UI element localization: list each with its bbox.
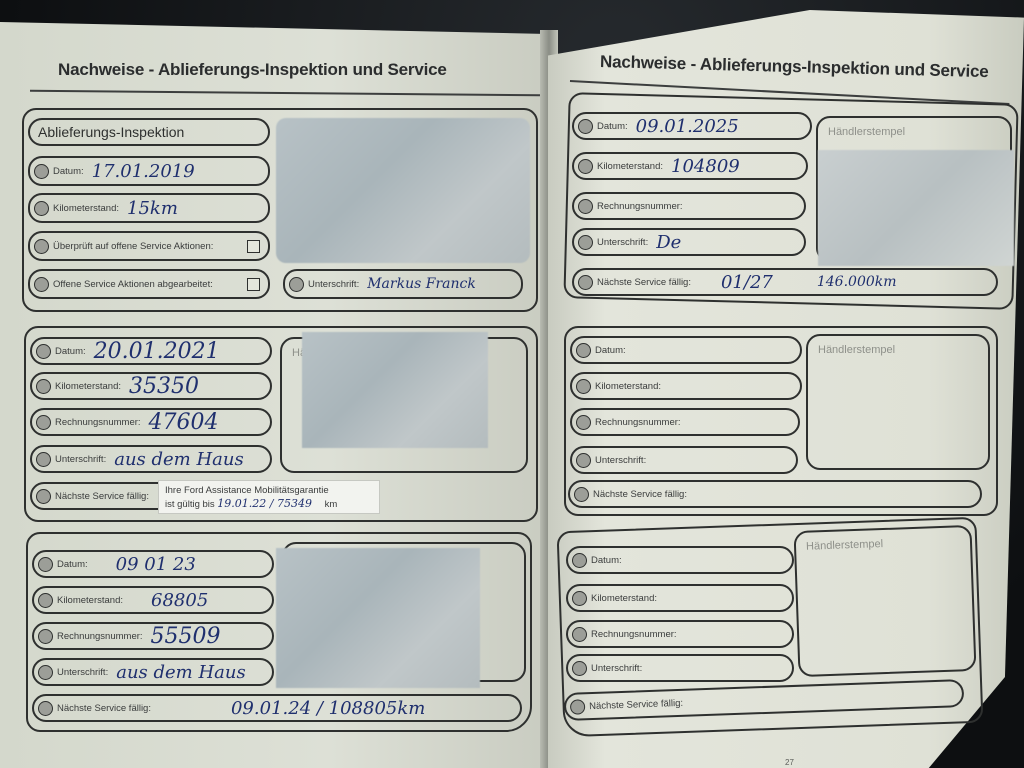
bullet-icon <box>36 415 51 430</box>
bullet-icon <box>578 159 593 174</box>
abgearbeitet-field: Offene Service Aktionen abgearbeitet: <box>28 269 270 299</box>
naechste-service-field[interactable]: Nächste Service fällig: 09.01.24 / 10880… <box>32 694 522 722</box>
dealer-stamp-box: Händlerstempel <box>806 334 990 470</box>
dealer-stamp-box: Händlerstempel <box>794 525 977 677</box>
naechste-service-field[interactable]: Nächste Service fällig: 01/27 146.000km <box>572 268 998 296</box>
ueberprueft-field: Überprüft auf offene Service Aktionen: <box>28 231 270 261</box>
abgearbeitet-label: Offene Service Aktionen abgearbeitet: <box>53 279 213 290</box>
kilometerstand-field[interactable]: Kilometerstand: 15km <box>28 193 270 223</box>
abgearbeitet-checkbox[interactable] <box>247 278 260 291</box>
bullet-icon <box>34 201 49 216</box>
kilometerstand-label: Kilometerstand: <box>57 595 123 606</box>
bullet-icon <box>572 591 587 606</box>
unterschrift-value: De <box>656 232 681 253</box>
datum-label: Datum: <box>53 166 84 177</box>
datum-field[interactable]: Datum: 20.01.2021 <box>30 337 272 365</box>
ueberprueft-checkbox[interactable] <box>247 240 260 253</box>
bullet-icon <box>36 452 51 467</box>
kilometerstand-label: Kilometerstand: <box>55 381 121 392</box>
section-heading-field: Ablieferungs-Inspektion <box>28 118 270 146</box>
unterschrift-label: Unterschrift: <box>591 663 642 674</box>
rechnungsnummer-label: Rechnungsnummer: <box>55 417 141 428</box>
kilometerstand-field[interactable]: Kilometerstand: 104809 <box>572 152 808 180</box>
haendlerstempel-label: Händlerstempel <box>806 538 883 553</box>
haendlerstempel-label: Händlerstempel <box>828 126 905 138</box>
unterschrift-field[interactable]: Unterschrift: Markus Franck <box>283 269 523 299</box>
bullet-icon <box>578 119 593 134</box>
kilometerstand-value: 68805 <box>151 590 208 611</box>
rechnungsnummer-label: Rechnungsnummer: <box>591 629 677 640</box>
rechnungsnummer-field[interactable]: Rechnungsnummer: 55509 <box>32 622 274 650</box>
bullet-icon <box>578 235 593 250</box>
kilometerstand-field[interactable]: Kilometerstand: 68805 <box>32 586 274 614</box>
rechnungsnummer-value: 47604 <box>149 410 219 435</box>
rechnungsnummer-field[interactable]: Rechnungsnummer: <box>572 192 806 220</box>
naechste-service-date: 01/27 <box>721 272 773 293</box>
datum-value: 09.01.2025 <box>636 116 739 137</box>
bullet-icon <box>576 453 591 468</box>
unterschrift-field[interactable]: Unterschrift: <box>570 446 798 474</box>
naechste-service-field[interactable]: Nächste Service fällig: <box>568 480 982 508</box>
bullet-icon <box>36 344 51 359</box>
redacted-dealer-stamp <box>818 150 1014 266</box>
ueberprueft-label: Überprüft auf offene Service Aktionen: <box>53 241 213 252</box>
naechste-service-label: Nächste Service fällig: <box>593 489 687 500</box>
left-page-title: Nachweise - Ablieferungs-Inspektion und … <box>58 60 447 80</box>
sticker-prefix: ist gültig bis <box>165 499 215 510</box>
kilometerstand-field[interactable]: Kilometerstand: <box>570 372 802 400</box>
naechste-service-label: Nächste Service fällig: <box>597 277 691 288</box>
kilometerstand-label: Kilometerstand: <box>53 203 119 214</box>
bullet-icon <box>36 489 51 504</box>
unterschrift-label: Unterschrift: <box>57 667 108 678</box>
naechste-service-label: Nächste Service fällig: <box>57 703 151 714</box>
kilometerstand-label: Kilometerstand: <box>591 593 657 604</box>
bullet-icon <box>572 661 587 676</box>
bullet-icon <box>38 629 53 644</box>
kilometerstand-label: Kilometerstand: <box>595 381 661 392</box>
unterschrift-label: Unterschrift: <box>308 279 359 290</box>
bullet-icon <box>38 593 53 608</box>
haendlerstempel-label: Händlerstempel <box>818 344 895 356</box>
kilometerstand-field[interactable]: Kilometerstand: 35350 <box>30 372 272 400</box>
datum-field[interactable]: Datum: <box>566 546 794 574</box>
bullet-icon <box>578 199 593 214</box>
rechnungsnummer-field[interactable]: Rechnungsnummer: 47604 <box>30 408 272 436</box>
sticker-line1: Ihre Ford Assistance Mobilitätsgarantie <box>165 484 373 497</box>
naechste-service-label: Nächste Service fällig: <box>589 697 683 711</box>
datum-label: Datum: <box>55 346 86 357</box>
naechste-service-value: 09.01.24 / 108805km <box>231 698 425 719</box>
unterschrift-value: aus dem Haus <box>116 662 246 683</box>
rechnungsnummer-field[interactable]: Rechnungsnummer: <box>570 408 800 436</box>
unterschrift-field[interactable]: Unterschrift: aus dem Haus <box>32 658 274 686</box>
rechnungsnummer-label: Rechnungsnummer: <box>595 417 681 428</box>
unterschrift-value: aus dem Haus <box>114 449 244 470</box>
bullet-icon <box>38 701 53 716</box>
bullet-icon <box>570 699 586 715</box>
mobility-guarantee-sticker: Ihre Ford Assistance Mobilitätsgarantie … <box>158 480 380 514</box>
unterschrift-field[interactable]: Unterschrift: <box>566 654 794 682</box>
naechste-service-km: 146.000km <box>817 274 897 290</box>
sticker-line2: ist gültig bis 19.01.22 / 75349 km <box>165 497 373 511</box>
kilometerstand-value: 15km <box>127 198 178 219</box>
bullet-icon <box>578 275 593 290</box>
redacted-dealer-stamp <box>276 548 480 688</box>
datum-field[interactable]: Datum: <box>570 336 802 364</box>
unterschrift-value: Markus Franck <box>367 276 476 292</box>
bullet-icon <box>38 557 53 572</box>
bullet-icon <box>34 239 49 254</box>
rechnungsnummer-field[interactable]: Rechnungsnummer: <box>566 620 794 648</box>
datum-field[interactable]: Datum: 09.01.2025 <box>572 112 812 140</box>
sticker-valid-until: 19.01.22 / 75349 <box>217 497 312 510</box>
bullet-icon <box>576 343 591 358</box>
bullet-icon <box>576 379 591 394</box>
datum-label: Datum: <box>597 121 628 132</box>
bullet-icon <box>34 277 49 292</box>
datum-value: 20.01.2021 <box>94 339 220 364</box>
bullet-icon <box>36 379 51 394</box>
bullet-icon <box>34 164 49 179</box>
page-number: 27 <box>785 758 794 767</box>
datum-label: Datum: <box>595 345 626 356</box>
section-heading: Ablieferungs-Inspektion <box>38 124 184 140</box>
kilometerstand-value: 35350 <box>129 374 199 399</box>
kilometerstand-field[interactable]: Kilometerstand: <box>566 584 794 612</box>
sticker-unit: km <box>325 499 338 510</box>
bullet-icon <box>574 487 589 502</box>
unterschrift-label: Unterschrift: <box>597 237 648 248</box>
rechnungsnummer-label: Rechnungsnummer: <box>57 631 143 642</box>
kilometerstand-value: 104809 <box>671 156 740 177</box>
datum-value: 09 01 23 <box>116 554 196 575</box>
datum-label: Datum: <box>57 559 88 570</box>
rechnungsnummer-label: Rechnungsnummer: <box>597 201 683 212</box>
datum-field[interactable]: Datum: 17.01.2019 <box>28 156 270 186</box>
unterschrift-field[interactable]: Unterschrift: De <box>572 228 806 256</box>
unterschrift-label: Unterschrift: <box>595 455 646 466</box>
kilometerstand-label: Kilometerstand: <box>597 161 663 172</box>
bullet-icon <box>289 277 304 292</box>
bullet-icon <box>38 665 53 680</box>
datum-field[interactable]: Datum: 09 01 23 <box>32 550 274 578</box>
redacted-dealer-stamp <box>276 118 530 263</box>
bullet-icon <box>572 627 587 642</box>
datum-value: 17.01.2019 <box>92 161 195 182</box>
naechste-service-label: Nächste Service fällig: <box>55 491 149 502</box>
bullet-icon <box>572 553 587 568</box>
unterschrift-field[interactable]: Unterschrift: aus dem Haus <box>30 445 272 473</box>
redacted-dealer-stamp <box>302 332 488 448</box>
bullet-icon <box>576 415 591 430</box>
datum-label: Datum: <box>591 555 622 566</box>
rechnungsnummer-value: 55509 <box>151 624 221 649</box>
unterschrift-label: Unterschrift: <box>55 454 106 465</box>
